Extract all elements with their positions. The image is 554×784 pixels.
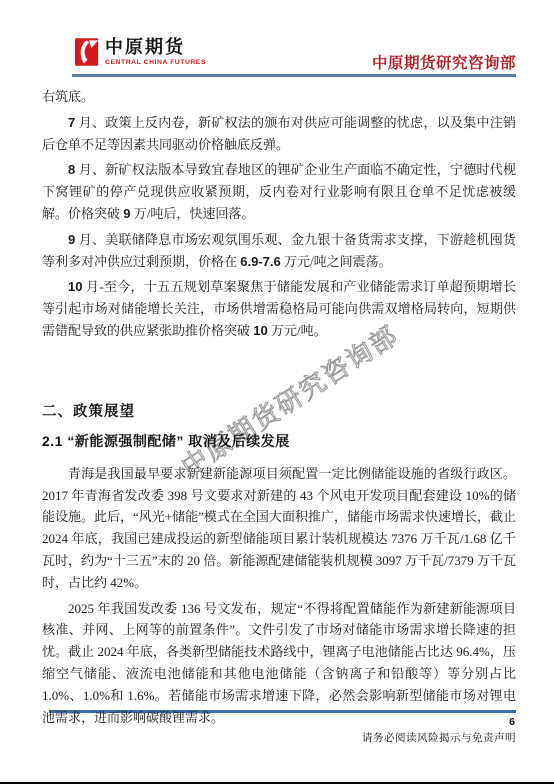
paragraph-september: 9 月、美联储降息市场宏观氛围乐观、金九银十备货需求支撑，下游趁机囤货等利多对冲…: [42, 229, 516, 273]
text-run: 10: [253, 323, 267, 338]
company-name-cn: 中原期货: [105, 37, 206, 57]
company-logo-icon: [75, 37, 99, 67]
text-run: 万/吨后，快速回落。: [131, 206, 255, 221]
text-run: 9: [123, 206, 130, 221]
paragraph-october: 10 月-至今，十五五规划草案聚焦于储能发展和产业储能需求订单超预期增长等引起市…: [42, 276, 516, 341]
paragraph-july: 7 月、政策上反内卷，新矿权法的颁布对供应可能调整的忧虑，以及集中注销后仓单不足…: [42, 112, 516, 156]
company-name-en: CENTRAL CHINA FUTURES: [105, 59, 206, 66]
text-run: 万元/吨。: [268, 323, 327, 338]
header-rule: [72, 74, 516, 77]
document-body: 右筑底。 7 月、政策上反内卷，新矿权法的颁布对供应可能调整的忧虑，以及集中注销…: [42, 86, 516, 732]
text-run: 10: [68, 279, 82, 294]
department-title: 中原期货研究咨询部: [372, 51, 516, 73]
section-heading: 二、政策展望: [42, 400, 516, 421]
subsection-heading: 2.1 “新能源强制配储” 取消及后续发展: [42, 431, 516, 451]
company-logo: 中原期货 CENTRAL CHINA FUTURES: [75, 37, 206, 67]
report-page: 中原期货 CENTRAL CHINA FUTURES 中原期货研究咨询部 中原期…: [0, 0, 554, 784]
paragraph-qinghai: 青海是我国最早要求新建新能源项目须配置一定比例储能设施的省级行政区。2017 年…: [42, 463, 516, 594]
company-logo-text: 中原期货 CENTRAL CHINA FUTURES: [105, 37, 206, 66]
carryover-paragraph: 右筑底。: [42, 86, 516, 108]
text-run: 月、新矿权法版本导致宜春地区的锂矿企业生产面临不确定性，宁德时代枧下窝锂矿的停产…: [42, 162, 516, 221]
text-run: 月、政策上反内卷，新矿权法的颁布对供应可能调整的忧虑，以及集中注销后仓单不足等因…: [42, 115, 516, 152]
text-run: 6.9-7.6: [240, 254, 280, 269]
paragraph-doc136: 2025 年我国发改委 136 号文发布，规定“不得将配置储能作为新建新能源项目…: [42, 598, 516, 729]
text-run: 万元/吨之间震荡。: [281, 254, 392, 269]
paragraph-august: 8 月、新矿权法版本导致宜春地区的锂矿企业生产面临不确定性，宁德时代枧下窝锂矿的…: [42, 159, 516, 224]
